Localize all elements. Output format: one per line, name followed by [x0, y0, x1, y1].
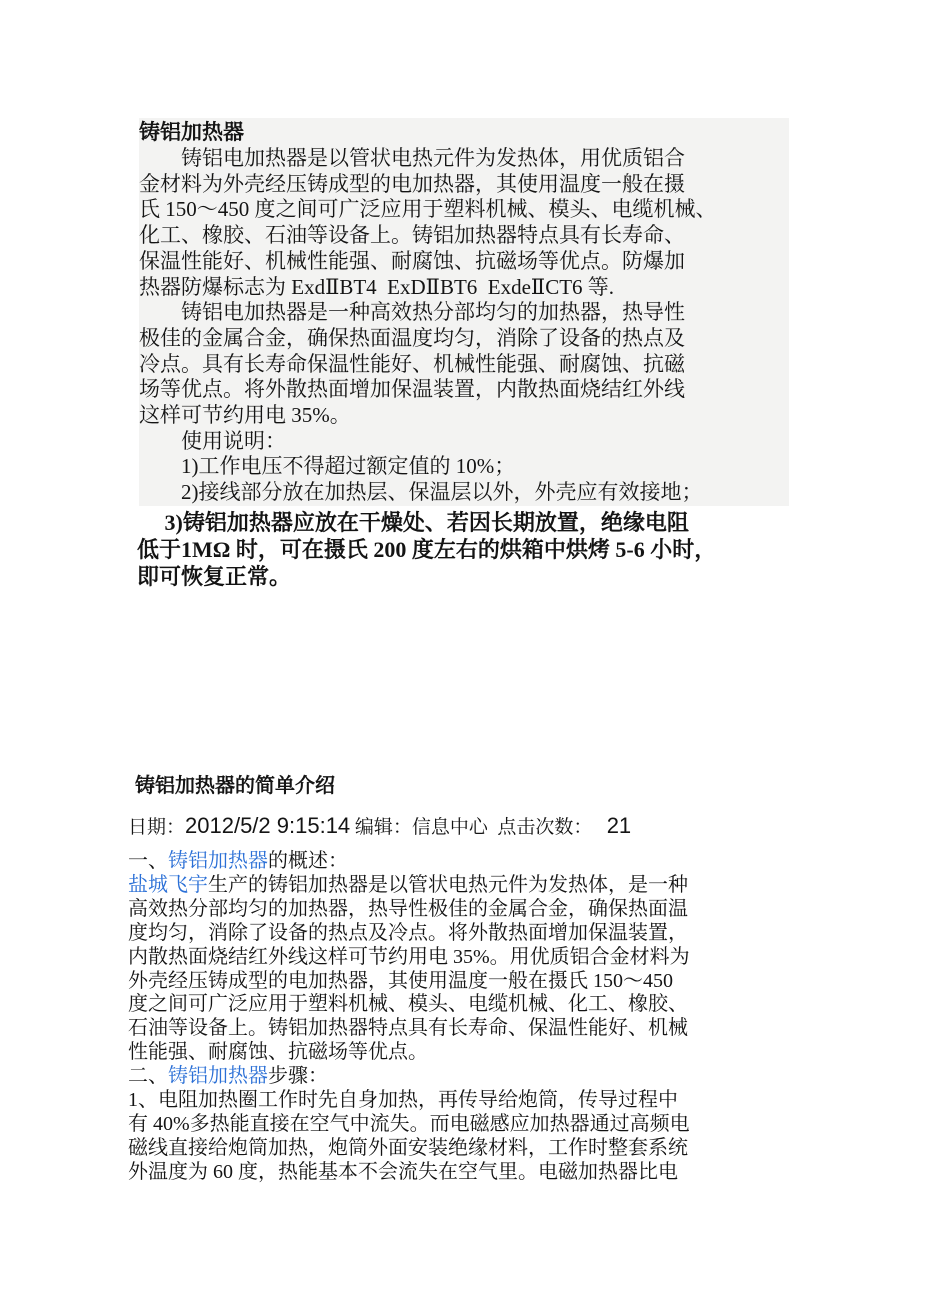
text-segment: 1)工作电压不得超过额定值的 10%； [139, 454, 515, 478]
text-segment: 的概述： [268, 850, 348, 872]
text-segment: 氏 150～450 度之间可广泛应用于塑料机械、模头、电缆机械、 [139, 197, 717, 221]
text-segment: 金材料为外壳经压铸成型的电加热器，其使用温度一般在摄 [139, 172, 685, 196]
text-line: 性能强、耐腐蚀、抗磁场等优点。 [128, 1041, 918, 1065]
bold-warning-note: 3)铸铝加热器应放在干燥处、若因长期放置，绝缘电阻低于1MΩ 时，可在摄氏 20… [137, 509, 857, 590]
text-line: 极佳的金属合金，确保热面温度均匀，消除了设备的热点及 [139, 326, 789, 352]
text-line: 二、铸铝加热器步骤： [128, 1065, 918, 1089]
text-segment: 低于1MΩ 时，可在摄氏 200 度左右的烘箱中烘烤 5-6 小时， [137, 537, 716, 562]
text-segment: 使用说明： [139, 429, 286, 453]
meta-number: 21 [607, 813, 631, 838]
text-line: 度均匀，消除了设备的热点及冷点。将外散热面增加保温装置， [128, 922, 918, 946]
text-line: 化工、橡胶、石油等设备上。铸铝加热器特点具有长寿命、 [139, 223, 789, 249]
text-segment: 2)接线部分放在加热层、保温层以外，外壳应有效接地； [139, 480, 703, 504]
text-segment: 3)铸铝加热器应放在干燥处、若因长期放置，绝缘电阻 [137, 510, 689, 535]
text-segment: 二、 [128, 1065, 168, 1087]
text-line: 磁线直接给炮筒加热，炮筒外面安装绝缘材料，工作时整套系统 [128, 1137, 918, 1161]
intro-article: 铸铝加热器的简单介绍 日期：2012/5/2 9:15:14 编辑：信息中心 点… [128, 773, 918, 1185]
text-segment: 高效热分部均匀的加热器，热导性极佳的金属合金，确保热面温 [128, 898, 688, 920]
text-segment: 即可恢复正常。 [137, 564, 291, 589]
document-page: 铸铝加热器 铸铝电加热器是以管状电热元件为发热体，用优质铝合金材料为外壳经压铸成… [0, 0, 926, 1310]
text-line: 氏 150～450 度之间可广泛应用于塑料机械、模头、电缆机械、 [139, 197, 789, 223]
text-line: 2)接线部分放在加热层、保温层以外，外壳应有效接地； [139, 480, 789, 506]
text-line: 内散热面烧结红外线这样可节约用电 35%。用优质铝合金材料为 [128, 946, 918, 970]
text-line: 日期：2012/5/2 9:15:14 编辑：信息中心 点击次数： 21 [128, 813, 918, 841]
text-line: 铸铝电加热器是一种高效热分部均匀的加热器，热导性 [139, 300, 789, 326]
text-segment: 热器防爆标志为 ExdⅡBT4 ExDⅡBT6 ExdeⅡCT6 等. [139, 275, 614, 299]
top-article-title: 铸铝加热器 [139, 118, 789, 146]
text-line: 有 40%多热能直接在空气中流失。而电磁感应加热器通过高频电 [128, 1113, 918, 1137]
text-segment: 有 40%多热能直接在空气中流失。而电磁感应加热器通过高频电 [128, 1113, 690, 1135]
text-line: 高效热分部均匀的加热器，热导性极佳的金属合金，确保热面温 [128, 898, 918, 922]
text-line: 度之间可广泛应用于塑料机械、模头、电缆机械、化工、橡胶、 [128, 993, 918, 1017]
text-line: 1、电阻加热圈工作时先自身加热，再传导给炮筒，传导过程中 [128, 1089, 918, 1113]
text-line: 这样可节约用电 35%。 [139, 403, 789, 429]
text-line: 外壳经压铸成型的电加热器，其使用温度一般在摄氏 150～450 [128, 970, 918, 994]
text-line: 保温性能好、机械性能强、耐腐蚀、抗磁场等优点。防爆加 [139, 249, 789, 275]
text-segment: 石油等设备上。铸铝加热器特点具有长寿命、保温性能好、机械 [128, 1017, 688, 1039]
text-line: 金材料为外壳经压铸成型的电加热器，其使用温度一般在摄 [139, 172, 789, 198]
inline-link[interactable]: 铸铝加热器 [168, 850, 268, 872]
text-segment: 1、电阻加热圈工作时先自身加热，再传导给炮筒，传导过程中 [128, 1089, 678, 1111]
text-segment: 外壳经压铸成型的电加热器，其使用温度一般在摄氏 150～450 [128, 970, 673, 992]
text-segment: 日期： [128, 817, 185, 838]
text-line: 一、铸铝加热器的概述： [128, 850, 918, 874]
text-line: 石油等设备上。铸铝加热器特点具有长寿命、保温性能好、机械 [128, 1017, 918, 1041]
article-meta-line: 日期：2012/5/2 9:15:14 编辑：信息中心 点击次数： 21 [128, 813, 918, 841]
text-segment: 这样可节约用电 35%。 [139, 403, 351, 427]
text-segment: 冷点。具有长寿命保温性能好、机械性能强、耐腐蚀、抗磁 [139, 352, 685, 376]
text-segment: 性能强、耐腐蚀、抗磁场等优点。 [128, 1041, 428, 1063]
inline-link[interactable]: 铸铝加热器 [168, 1065, 268, 1087]
top-article-body: 铸铝电加热器是以管状电热元件为发热体，用优质铝合金材料为外壳经压铸成型的电加热器… [139, 146, 789, 506]
text-segment: 场等优点。将外散热面增加保温装置，内散热面烧结红外线 [139, 377, 685, 401]
text-line: 盐城飞宇生产的铸铝加热器是以管状电热元件为发热体，是一种 [128, 874, 918, 898]
top-article-panel: 铸铝加热器 铸铝电加热器是以管状电热元件为发热体，用优质铝合金材料为外壳经压铸成… [139, 118, 789, 506]
text-segment: 磁线直接给炮筒加热，炮筒外面安装绝缘材料，工作时整套系统 [128, 1137, 688, 1159]
text-line: 低于1MΩ 时，可在摄氏 200 度左右的烘箱中烘烤 5-6 小时， [137, 536, 857, 563]
text-segment: 步骤： [268, 1065, 328, 1087]
text-line: 3)铸铝加热器应放在干燥处、若因长期放置，绝缘电阻 [137, 509, 857, 536]
text-line: 外温度为 60 度，热能基本不会流失在空气里。电磁加热器比电 [128, 1161, 918, 1185]
text-segment: 外温度为 60 度，热能基本不会流失在空气里。电磁加热器比电 [128, 1161, 678, 1183]
text-line: 即可恢复正常。 [137, 563, 857, 590]
text-segment: 铸铝电加热器是以管状电热元件为发热体，用优质铝合 [139, 146, 685, 170]
text-segment: 度均匀，消除了设备的热点及冷点。将外散热面增加保温装置， [128, 922, 688, 944]
text-segment: 铸铝电加热器是一种高效热分部均匀的加热器，热导性 [139, 300, 685, 324]
text-line: 1)工作电压不得超过额定值的 10%； [139, 454, 789, 480]
text-line: 铸铝电加热器是以管状电热元件为发热体，用优质铝合 [139, 146, 789, 172]
text-segment: 极佳的金属合金，确保热面温度均匀，消除了设备的热点及 [139, 326, 685, 350]
meta-number: 2012/5/2 9:15:14 [185, 813, 350, 838]
text-line: 场等优点。将外散热面增加保温装置，内散热面烧结红外线 [139, 377, 789, 403]
text-line: 使用说明： [139, 429, 789, 455]
text-segment: 内散热面烧结红外线这样可节约用电 35%。用优质铝合金材料为 [128, 946, 690, 968]
text-line: 热器防爆标志为 ExdⅡBT4 ExDⅡBT6 ExdeⅡCT6 等. [139, 275, 789, 301]
text-line: 冷点。具有长寿命保温性能好、机械性能强、耐腐蚀、抗磁 [139, 352, 789, 378]
intro-article-body: 一、铸铝加热器的概述：盐城飞宇生产的铸铝加热器是以管状电热元件为发热体，是一种高… [128, 850, 918, 1185]
text-segment: 生产的铸铝加热器是以管状电热元件为发热体，是一种 [208, 874, 688, 896]
intro-article-heading: 铸铝加热器的简单介绍 [135, 773, 918, 799]
text-segment: 保温性能好、机械性能强、耐腐蚀、抗磁场等优点。防爆加 [139, 249, 685, 273]
text-segment: 度之间可广泛应用于塑料机械、模头、电缆机械、化工、橡胶、 [128, 993, 688, 1015]
inline-link[interactable]: 盐城飞宇 [128, 874, 208, 896]
text-segment: 一、 [128, 850, 168, 872]
text-segment: 编辑：信息中心 点击次数： [350, 817, 607, 838]
text-segment: 化工、橡胶、石油等设备上。铸铝加热器特点具有长寿命、 [139, 223, 685, 247]
